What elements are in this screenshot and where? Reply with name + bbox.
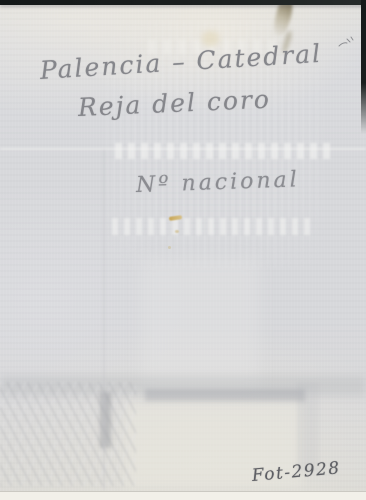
scan-edge-right xyxy=(361,0,366,134)
beige-spot xyxy=(202,31,219,46)
paper-bottom-edge xyxy=(0,491,366,500)
gold-speck-tiny xyxy=(168,246,171,249)
scan-edge-top xyxy=(0,0,366,5)
gold-speck-small xyxy=(175,230,179,233)
scanned-photo-verso: Palencia – Catedral Reja del coro Nº nac… xyxy=(0,0,366,500)
pencil-scribble-mark xyxy=(337,35,355,51)
